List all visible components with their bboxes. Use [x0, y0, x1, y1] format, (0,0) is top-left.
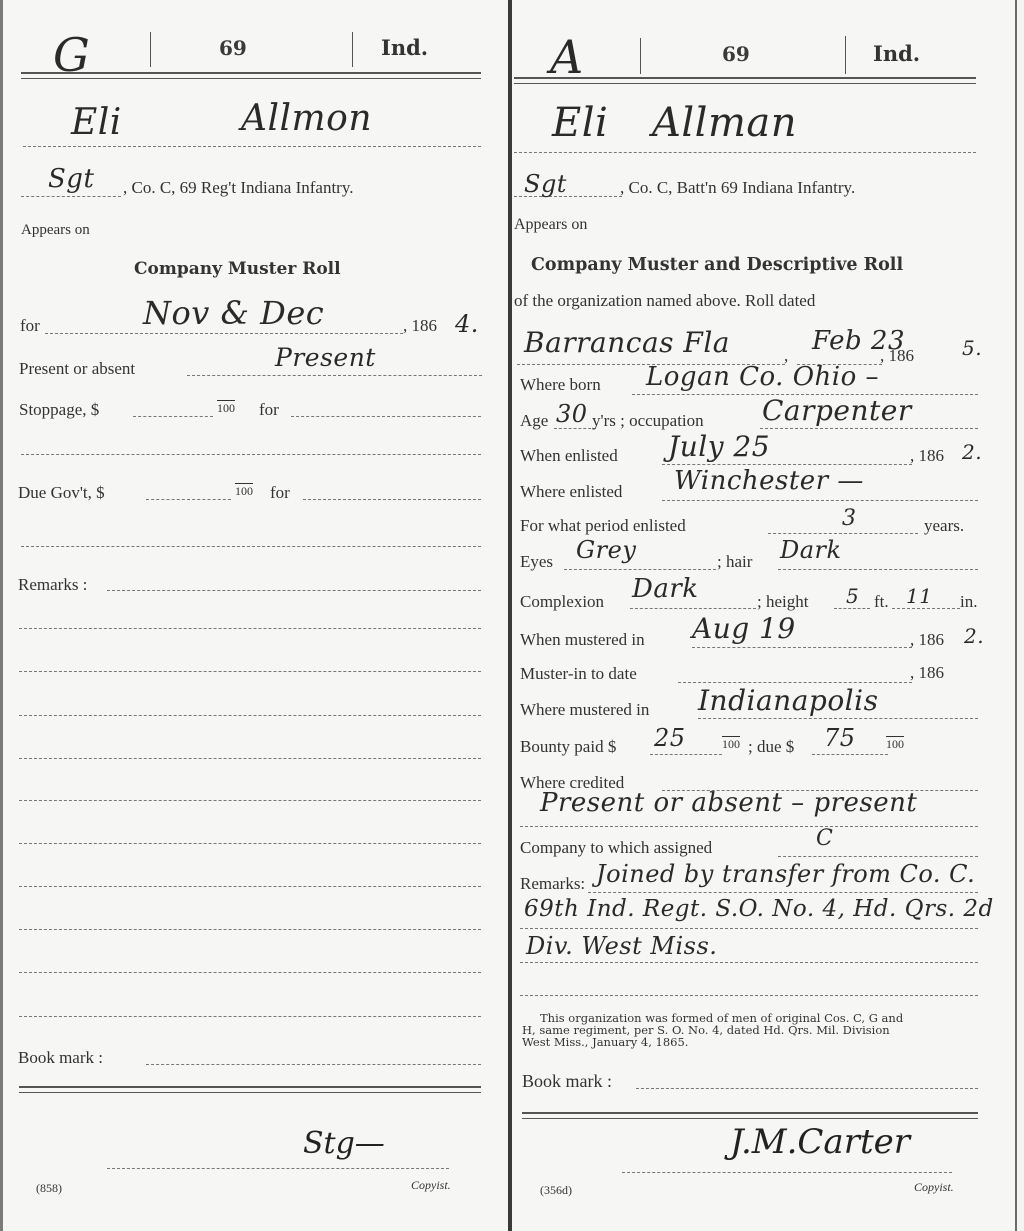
unit-line: , Co. C, 69 Reg't Indiana Infantry. [123, 178, 353, 198]
year-digit: 4. [455, 310, 479, 338]
rank: Sgt [48, 164, 94, 194]
footer-rule [522, 1112, 978, 1119]
company-letter: A [550, 30, 584, 84]
when-enlisted-label: When enlisted [520, 446, 618, 466]
header-divider [352, 32, 353, 67]
mustered-in-value: Aug 19 [692, 612, 796, 645]
complexion-label: Complexion [520, 592, 604, 612]
hair-value: Dark [780, 536, 842, 564]
height-in: 11 [906, 584, 932, 608]
age-value: 30 [556, 400, 588, 428]
roll-title: Company Muster and Descriptive Roll [531, 255, 903, 275]
roll-title: Company Muster Roll [134, 259, 341, 279]
book-mark-label: Book mark : [18, 1048, 103, 1068]
company-assigned-value: C [816, 826, 833, 851]
regiment-number: 69 [722, 42, 750, 66]
muster-to-date-label: Muster-in to date [520, 664, 637, 684]
copyist-label: Copyist. [914, 1180, 954, 1195]
company-assigned-label: Company to which assigned [520, 838, 712, 858]
form-number: (356d) [540, 1184, 572, 1196]
present-value: Present [275, 343, 376, 372]
muster-card-right: A 69 Ind. Eli Allman Sgt , Co. C, Batt'n… [508, 0, 1017, 1231]
where-born-value: Logan Co. Ohio – [646, 362, 879, 392]
remarks-label: Remarks: [520, 874, 585, 894]
roll-place: Barrancas Fla [524, 326, 730, 359]
occupation-value: Carpenter [762, 394, 912, 427]
year-prefix: , 186 [403, 316, 437, 336]
for-label: for [20, 316, 40, 336]
mustered-in-label: When mustered in [520, 630, 645, 650]
appears-on-label: Appears on [514, 216, 587, 234]
period-label: For what period enlisted [520, 516, 686, 536]
where-mustered-label: Where mustered in [520, 700, 649, 720]
remarks-line-3: Div. West Miss. [526, 932, 717, 960]
height-ft: 5 [846, 584, 859, 608]
complexion-value: Dark [632, 574, 699, 604]
where-enlisted-label: Where enlisted [520, 482, 622, 502]
last-name: Allman [652, 100, 797, 146]
form-number: (858) [36, 1182, 62, 1194]
stoppage-label: Stoppage, $ [19, 400, 99, 420]
rank: Sgt [524, 170, 567, 198]
first-name: Eli [71, 102, 122, 143]
bounty-due-value: 75 [824, 724, 856, 752]
where-enlisted-value: Winchester — [674, 466, 864, 496]
regiment-number: 69 [219, 36, 247, 60]
muster-card-left: G 69 Ind. Eli Allmon Sgt , Co. C, 69 Reg… [0, 0, 506, 1231]
state-abbrev: Ind. [381, 35, 428, 60]
age-label: Age [520, 411, 548, 431]
appears-on-label: Appears on [21, 222, 90, 239]
bounty-label: Bounty paid $ [520, 737, 616, 757]
remarks-line-1: Joined by transfer from Co. C. [596, 860, 975, 888]
copyist-signature: Stg— [303, 1126, 385, 1161]
roll-period: Nov & Dec [143, 294, 324, 332]
book-mark-label: Book mark : [522, 1071, 612, 1092]
when-enlisted-value: July 25 [668, 430, 770, 463]
header-rule [21, 72, 481, 79]
where-mustered-value: Indianapolis [698, 684, 878, 717]
eyes-value: Grey [576, 536, 636, 564]
remarks-label: Remarks : [18, 575, 87, 595]
first-name: Eli [552, 100, 608, 146]
due-govt-label: Due Gov't, $ [18, 483, 105, 503]
bounty-paid-value: 25 [654, 724, 686, 752]
present-label: Present or absent [19, 359, 135, 379]
header-rule [514, 77, 976, 84]
copyist-label: Copyist. [411, 1178, 451, 1193]
remarks-line-2: 69th Ind. Regt. S.O. No. 4, Hd. Qrs. 2d [524, 896, 994, 922]
present-absent-value: Present or absent – present [540, 788, 917, 818]
footer-rule [19, 1086, 481, 1093]
header-divider [640, 38, 641, 74]
organization-note-3: West Miss., January 4, 1865. [522, 1036, 688, 1048]
copyist-signature: J.M.Carter [730, 1122, 910, 1162]
period-value: 3 [842, 506, 857, 531]
header-divider [845, 36, 846, 74]
header-divider [150, 32, 151, 67]
where-born-label: Where born [520, 375, 601, 395]
last-name: Allmon [241, 98, 372, 139]
roll-subtitle: of the organization named above. Roll da… [514, 291, 815, 311]
eyes-label: Eyes [520, 552, 553, 572]
unit-line: , Co. C, Batt'n 69 Indiana Infantry. [620, 178, 855, 198]
state-abbrev: Ind. [873, 41, 920, 66]
